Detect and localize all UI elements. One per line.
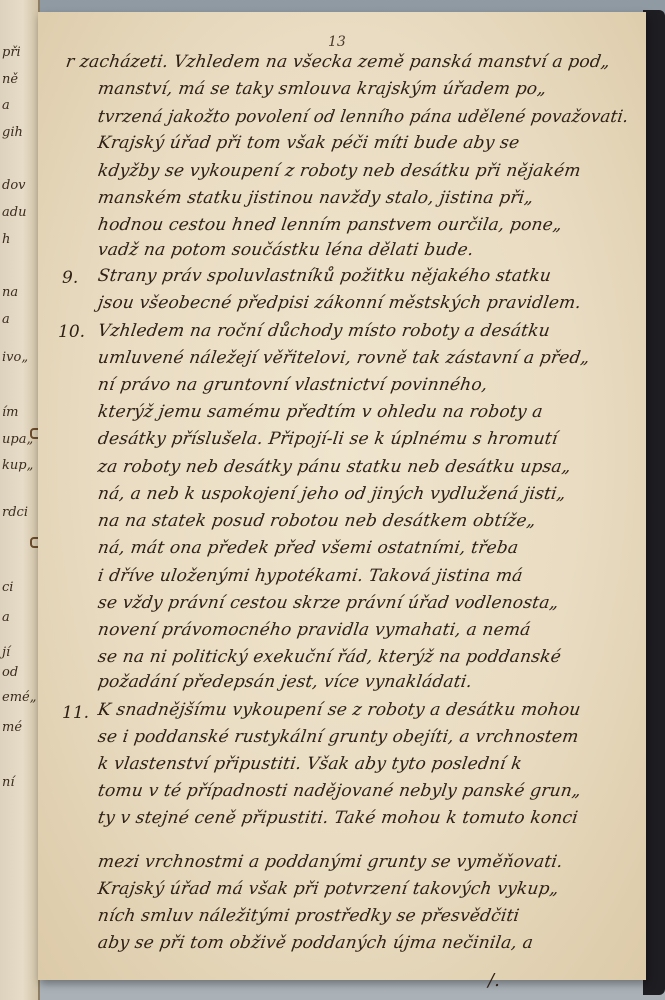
left-page-fragment: ní <box>2 775 15 790</box>
text-line: manství, má se taky smlouva krajským úřa… <box>97 79 548 99</box>
page-number: 13 <box>328 34 346 50</box>
text-line: Krajský úřad má však při potvrzení takov… <box>97 879 560 899</box>
left-page-fragment: adu <box>2 205 26 220</box>
left-page-fragment: ci <box>2 580 13 595</box>
text-line: r zacházeti. Vzhledem na všecka země pan… <box>65 52 612 72</box>
left-page-fragment: a <box>2 98 10 113</box>
text-line: na na statek posud robotou neb desátkem … <box>97 511 537 531</box>
text-line: ních smluv náležitými prostředky se přes… <box>97 906 521 926</box>
left-page-fragment: ivo„ <box>2 350 28 365</box>
book-cover-edge <box>643 10 665 995</box>
text-line: jsou všeobecné předpisi zákonní městskýc… <box>97 293 583 313</box>
text-line: ty v stejné ceně připustiti. Také mohou … <box>97 808 580 828</box>
text-line: se vždy právní cestou skrze právní úřad … <box>97 593 560 613</box>
facing-left-page: při ně a gih dov adu h na a ivo„ ím upa„… <box>0 0 40 1000</box>
left-page-fragment: emé„ <box>2 690 36 705</box>
left-page-fragment: jí <box>2 645 10 660</box>
text-line: se i poddanské rustykální grunty obejíti… <box>97 727 580 747</box>
left-page-fragment: od <box>2 665 18 680</box>
text-line: tvrzená jakožto povolení od lenního pána… <box>97 107 630 127</box>
paragraph-number: 10. <box>58 322 85 342</box>
text-line: mezi vrchnostmi a poddanými grunty se vy… <box>97 852 564 872</box>
text-line: ná, mát ona předek před všemi ostatními,… <box>97 538 520 558</box>
text-line: ná, a neb k uspokojení jeho od jiných vy… <box>97 484 568 504</box>
left-page-fragment: ím <box>2 405 19 420</box>
left-page-fragment: a <box>2 312 10 327</box>
text-line: kterýž jemu samému předtím v ohledu na r… <box>97 402 544 422</box>
text-line: se na ni politický exekuční řád, kterýž … <box>97 647 563 667</box>
end-mark: /. <box>488 970 500 991</box>
text-line: manském statku jistinou navždy stalo, ji… <box>97 188 535 208</box>
text-line: i dříve uloženými hypotékami. Taková jis… <box>97 566 524 586</box>
left-page-fragment: gih <box>2 125 23 140</box>
text-line: desátky příslušela. Připojí-li se k úpln… <box>97 429 559 449</box>
text-line: k vlastenství připustiti. Však aby tyto … <box>97 754 524 774</box>
left-page-fragment: upa„ <box>2 432 33 447</box>
left-page-fragment: kup„ <box>2 458 33 473</box>
left-page-fragment: dov <box>2 178 26 193</box>
left-page-fragment: a <box>2 610 10 625</box>
left-page-fragment: h <box>2 232 10 247</box>
left-page-fragment: mé <box>2 720 22 735</box>
text-line: umluvené náležejí věřitelovi, rovně tak … <box>97 348 591 368</box>
paragraph-number: 9. <box>62 268 78 288</box>
text-line: ní právo na gruntovní vlastnictví povinn… <box>97 375 489 395</box>
text-line: za roboty neb desátky pánu statku neb de… <box>97 457 573 477</box>
text-line: tomu v té případnosti nadějované nebyly … <box>97 781 583 801</box>
text-line: K snadnějšímu vykoupení se z roboty a de… <box>97 700 582 720</box>
left-page-fragment: na <box>2 285 18 300</box>
left-page-fragment: při <box>2 45 21 60</box>
text-line: kdyžby se vykoupení z roboty neb desátku… <box>97 161 582 181</box>
text-line: vadž na potom součástku léna dělati bude… <box>97 240 475 260</box>
text-line: požadání předepsán jest, více vynakládat… <box>97 672 474 692</box>
left-page-fragment: ně <box>2 72 18 87</box>
text-line: Krajský úřad při tom však péči míti bude… <box>97 133 521 153</box>
text-line: novení právomocného pravidla vymahati, a… <box>97 620 532 640</box>
text-line: Strany práv spoluvlastníků požitku nějak… <box>97 266 553 286</box>
manuscript-page: 13 r zacházeti. Vzhledem na všecka země … <box>38 12 646 980</box>
paragraph-number: 11. <box>62 703 89 723</box>
text-line: Vzhledem na roční důchody místo roboty a… <box>97 321 552 341</box>
text-line: hodnou cestou hned lenním panstvem ourči… <box>97 215 564 235</box>
text-line: aby se při tom obživě poddaných újma neč… <box>97 933 535 953</box>
left-page-fragment: rdci <box>2 505 28 520</box>
